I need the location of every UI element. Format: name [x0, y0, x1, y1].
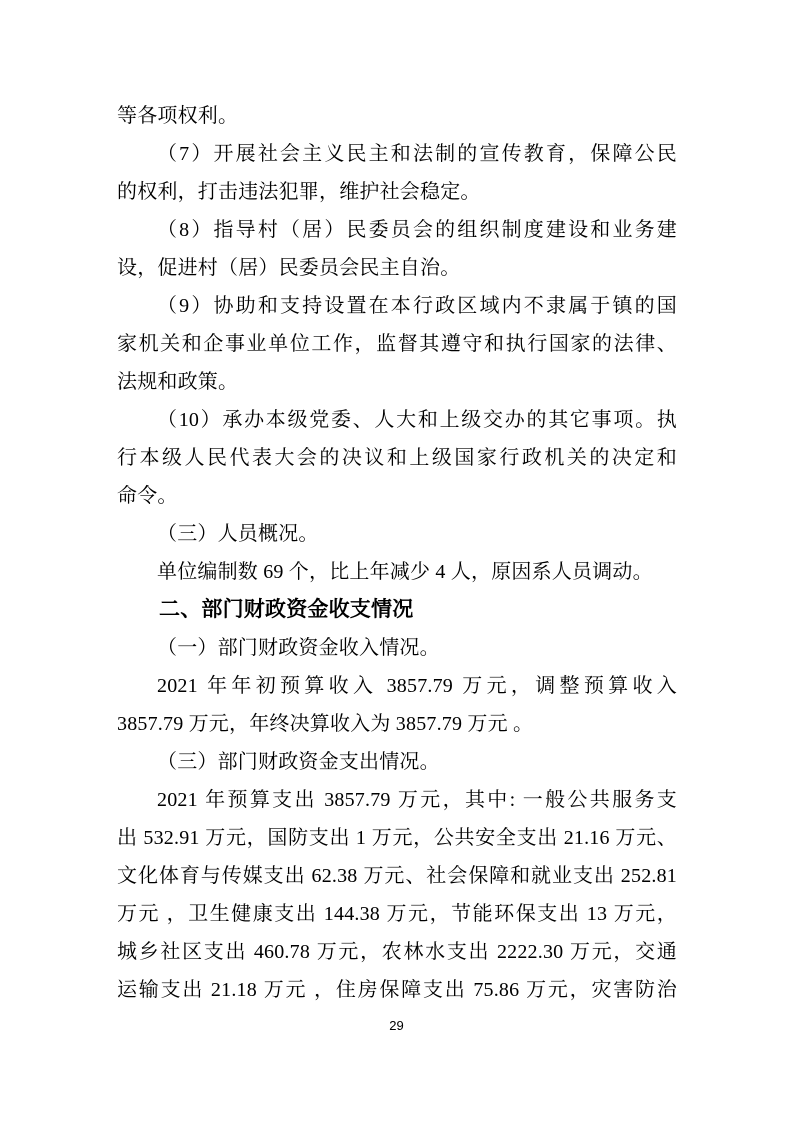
text-line: 设，促进村（居）民委员会民主自治。 [117, 249, 677, 287]
text-line: 出 532.91 万元，国防支出 1 万元，公共安全支出 21.16 万元、 [117, 819, 677, 857]
document-page: 等各项权利。（7）开展社会主义民主和法制的宣传教育，保障公民的权利，打击违法犯罪… [0, 0, 793, 1122]
text-line: 文化体育与传媒支出 62.38 万元、社会保障和就业支出 252.81 [117, 857, 677, 895]
text-line: （10）承办本级党委、人大和上级交办的其它事项。执 [117, 401, 677, 439]
text-line: 单位编制数 69 个，比上年减少 4 人，原因系人员调动。 [117, 553, 677, 591]
text-line: 3857.79 万元，年终决算收入为 3857.79 万元 。 [117, 705, 677, 743]
text-line: （一）部门财政资金收入情况。 [117, 629, 677, 667]
document-body: 等各项权利。（7）开展社会主义民主和法制的宣传教育，保障公民的权利，打击违法犯罪… [117, 97, 677, 1009]
text-line: 的权利，打击违法犯罪，维护社会稳定。 [117, 173, 677, 211]
text-line: 等各项权利。 [117, 97, 677, 135]
text-line: 城乡社区支出 460.78 万元，农林水支出 2222.30 万元，交通 [117, 933, 677, 971]
text-line: 运输支出 21.18 万元 ，住房保障支出 75.86 万元，灾害防治 [117, 971, 677, 1009]
text-line: 万元 ，卫生健康支出 144.38 万元，节能环保支出 13 万元， [117, 895, 677, 933]
text-line: 命令。 [117, 477, 677, 515]
text-line: 2021 年年初预算收入 3857.79 万元，调整预算收入 [117, 667, 677, 705]
text-line: 法规和政策。 [117, 363, 677, 401]
text-line: （8）指导村（居）民委员会的组织制度建设和业务建 [117, 211, 677, 249]
text-line: 行本级人民代表大会的决议和上级国家行政机关的决定和 [117, 439, 677, 477]
text-line: （三）部门财政资金支出情况。 [117, 743, 677, 781]
text-line: 家机关和企事业单位工作，监督其遵守和执行国家的法律、 [117, 325, 677, 363]
section-heading: 二、部门财政资金收支情况 [117, 591, 677, 629]
page-number: 29 [0, 1018, 793, 1033]
text-line: （三）人员概况。 [117, 515, 677, 553]
text-line: （7）开展社会主义民主和法制的宣传教育，保障公民 [117, 135, 677, 173]
text-line: 2021 年预算支出 3857.79 万元，其中: 一般公共服务支 [117, 781, 677, 819]
text-line: （9）协助和支持设置在本行政区域内不隶属于镇的国 [117, 287, 677, 325]
